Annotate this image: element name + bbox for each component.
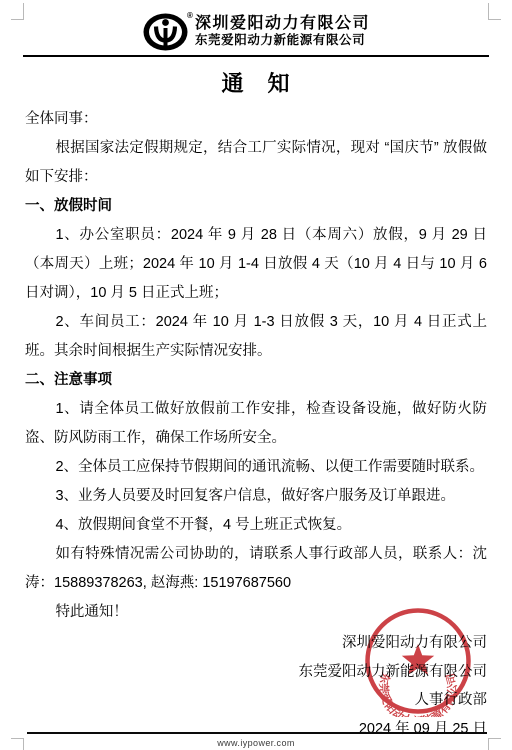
notice-body: 全体同事：根据国家法定假期规定，结合工厂实际情况，现对 “国庆节” 放假做如下安… bbox=[25, 105, 487, 627]
company-name-primary: 深圳爱阳动力有限公司 bbox=[195, 15, 370, 33]
notice-title: 通 知 bbox=[0, 67, 512, 98]
page-margin-mark-top-right bbox=[488, 3, 501, 20]
company-names: 深圳爱阳动力有限公司 东莞爱阳动力新能源有限公司 bbox=[195, 15, 370, 48]
notice-paragraph: 一、放假时间 bbox=[25, 192, 487, 221]
notice-paragraph: 1、办公室职员：2024 年 9 月 28 日（本周六）放假，9 月 29 日（… bbox=[25, 221, 487, 308]
registered-trademark: ® bbox=[187, 12, 193, 20]
company-name-secondary: 东莞爱阳动力新能源有限公司 bbox=[195, 33, 370, 48]
notice-paragraph: 4、放假期间食堂不开餐，4 号上班正式恢复。 bbox=[25, 511, 487, 540]
notice-paragraph: 二、注意事项 bbox=[25, 366, 487, 395]
letterhead: ® 深圳爱阳动力有限公司 东莞爱阳动力新能源有限公司 bbox=[0, 0, 512, 53]
signature-line: 人事行政部 bbox=[25, 686, 487, 715]
signature-block: 深圳爱阳动力有限公司东莞爱阳动力新能源有限公司人事行政部2024 年 09 月 … bbox=[25, 629, 487, 743]
page-footer: www.iypower.com bbox=[0, 732, 512, 748]
notice-paragraph: 特此通知！ bbox=[25, 598, 487, 627]
notice-paragraph: 3、业务人员要及时回复客户信息，做好客户服务及订单跟进。 bbox=[25, 482, 487, 511]
page-margin-mark-top-left bbox=[11, 3, 24, 20]
notice-paragraph: 2、车间员工：2024 年 10 月 1-3 日放假 3 天，10 月 4 日正… bbox=[25, 308, 487, 366]
footer-divider bbox=[27, 732, 487, 734]
signature-line: 深圳爱阳动力有限公司 bbox=[25, 629, 487, 658]
company-logo-icon bbox=[142, 11, 189, 52]
notice-paragraph: 2、全体员工应保持节假期间的通讯流畅、以便工作需要随时联系。 bbox=[25, 453, 487, 482]
company-website: www.iypower.com bbox=[0, 738, 512, 748]
logo-wrap: ® bbox=[142, 11, 195, 52]
notice-paragraph: 1、请全体员工做好放假前工作安排，检查设备设施，做好防火防盗、防风防雨工作，确保… bbox=[25, 395, 487, 453]
notice-paragraph: 根据国家法定假期规定，结合工厂实际情况，现对 “国庆节” 放假做如下安排： bbox=[25, 134, 487, 192]
header-divider bbox=[23, 55, 489, 57]
notice-paragraph: 如有特殊情况需公司协助的，请联系人事行政部人员，联系人：沈涛：158893782… bbox=[25, 540, 487, 598]
signature-line: 东莞爱阳动力新能源有限公司 bbox=[25, 658, 487, 687]
notice-paragraph: 全体同事： bbox=[25, 105, 487, 134]
document-page: ® 深圳爱阳动力有限公司 东莞爱阳动力新能源有限公司 通 知 全体同事：根据国家… bbox=[0, 0, 512, 750]
